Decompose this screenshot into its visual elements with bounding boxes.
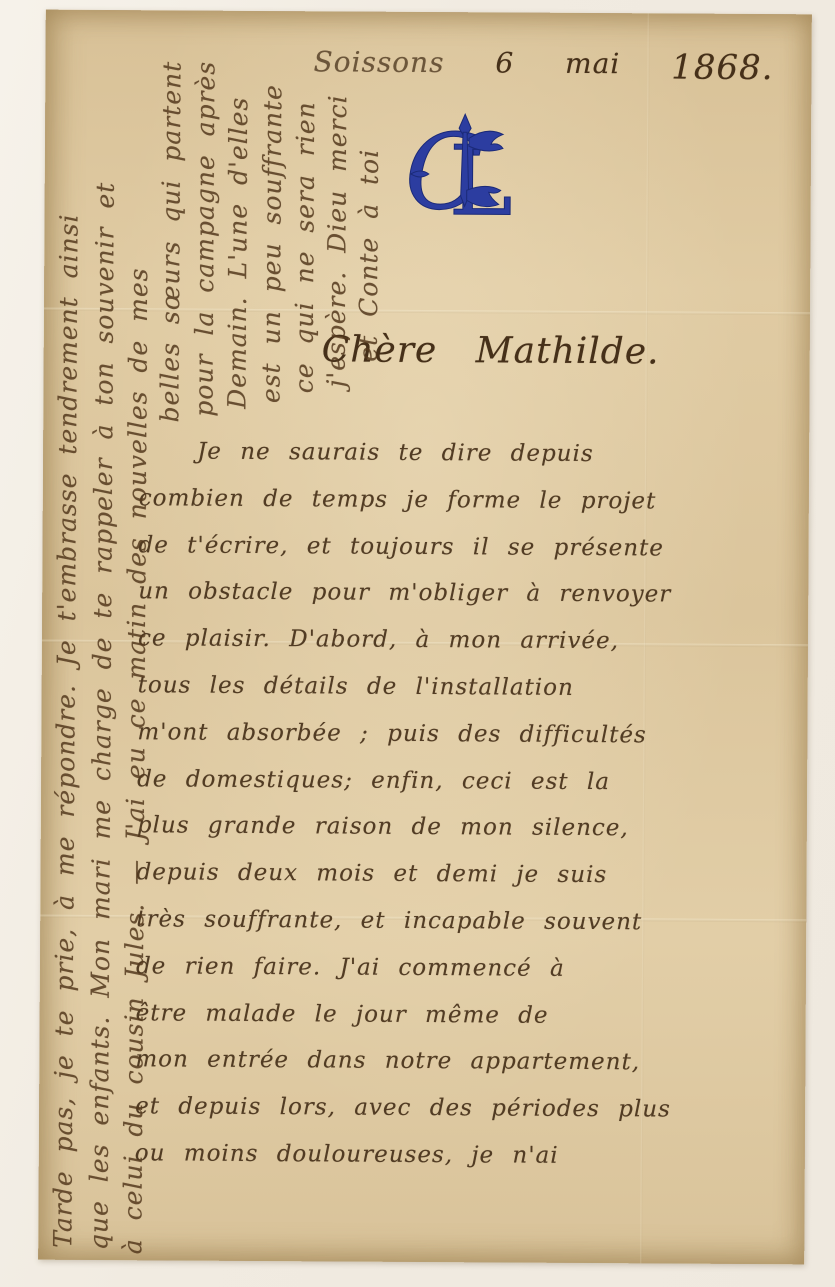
body-line: mon entrée dans notre appartement,: [135, 1047, 807, 1098]
body-line: m'ont absorbée ; puis des difficultés: [137, 719, 809, 770]
body-line: tous les détails de l'installation: [137, 672, 809, 723]
scanned-letter-page: { "document": { "kind": "handwritten let…: [0, 0, 835, 1287]
dateline-place: Soissons: [313, 45, 444, 86]
body-line: de rien faire. J'ai commencé à: [136, 953, 808, 1004]
body-line: et depuis lors, avec des périodes plus: [135, 1093, 807, 1144]
body-line: un obstacle pour m'obliger à renvoyer: [138, 579, 810, 630]
margin-cross-writing-line: belles sœurs qui partent: [155, 61, 186, 423]
margin-cross-writing-line: Demain. L'une d'elles: [222, 97, 253, 409]
margin-cross-writing-line: et Conte à toi: [354, 149, 384, 362]
body-line: combien de temps je forme le projet: [139, 485, 811, 536]
letter-paper: Soissons 6 mai 1868. C L Chère Mathilde.…: [38, 10, 812, 1265]
body-line: être malade le jour même de: [135, 1000, 807, 1051]
margin-cross-writing-line: ce qui ne sera rien: [289, 101, 320, 393]
monogram-icon: C L: [396, 104, 533, 241]
letter-body: Je ne saurais te dire depuis combien de …: [135, 438, 812, 1191]
dateline-day: 6: [495, 46, 514, 86]
margin-cross-writing-line: est un peu souffrante: [256, 84, 287, 403]
body-line: Je ne saurais te dire depuis: [139, 438, 811, 489]
dateline-year: 1868.: [671, 47, 774, 88]
body-line: depuis deux mois et demi je suis: [136, 859, 808, 910]
dateline-month: mai: [565, 47, 620, 87]
body-line: très souffrante, et incapable souvent: [136, 906, 808, 957]
margin-cross-writing-line: pour la campagne après: [189, 61, 220, 417]
margin-cross-writing-line: Tarde pas, je te prie, à me répondre. Je…: [48, 63, 84, 1248]
salutation: Chère Mathilde.: [322, 329, 812, 373]
body-line: ce plaisir. D'abord, à mon arrivée,: [138, 625, 810, 676]
body-line: de t'écrire, et toujours il se présente: [138, 532, 810, 583]
margin-cross-writing-line: j'espère. Dieu merci: [322, 94, 353, 387]
dateline: Soissons 6 mai 1868.: [313, 45, 773, 88]
margin-cross-writing-line: que les enfants. Mon mari me charge de t…: [84, 65, 120, 1250]
body-line: ou moins douloureuses, je n'ai: [135, 1140, 807, 1191]
body-line: plus grande raison de mon silence,: [137, 813, 809, 864]
body-line: de domestiques; enfin, ceci est la: [137, 766, 809, 817]
